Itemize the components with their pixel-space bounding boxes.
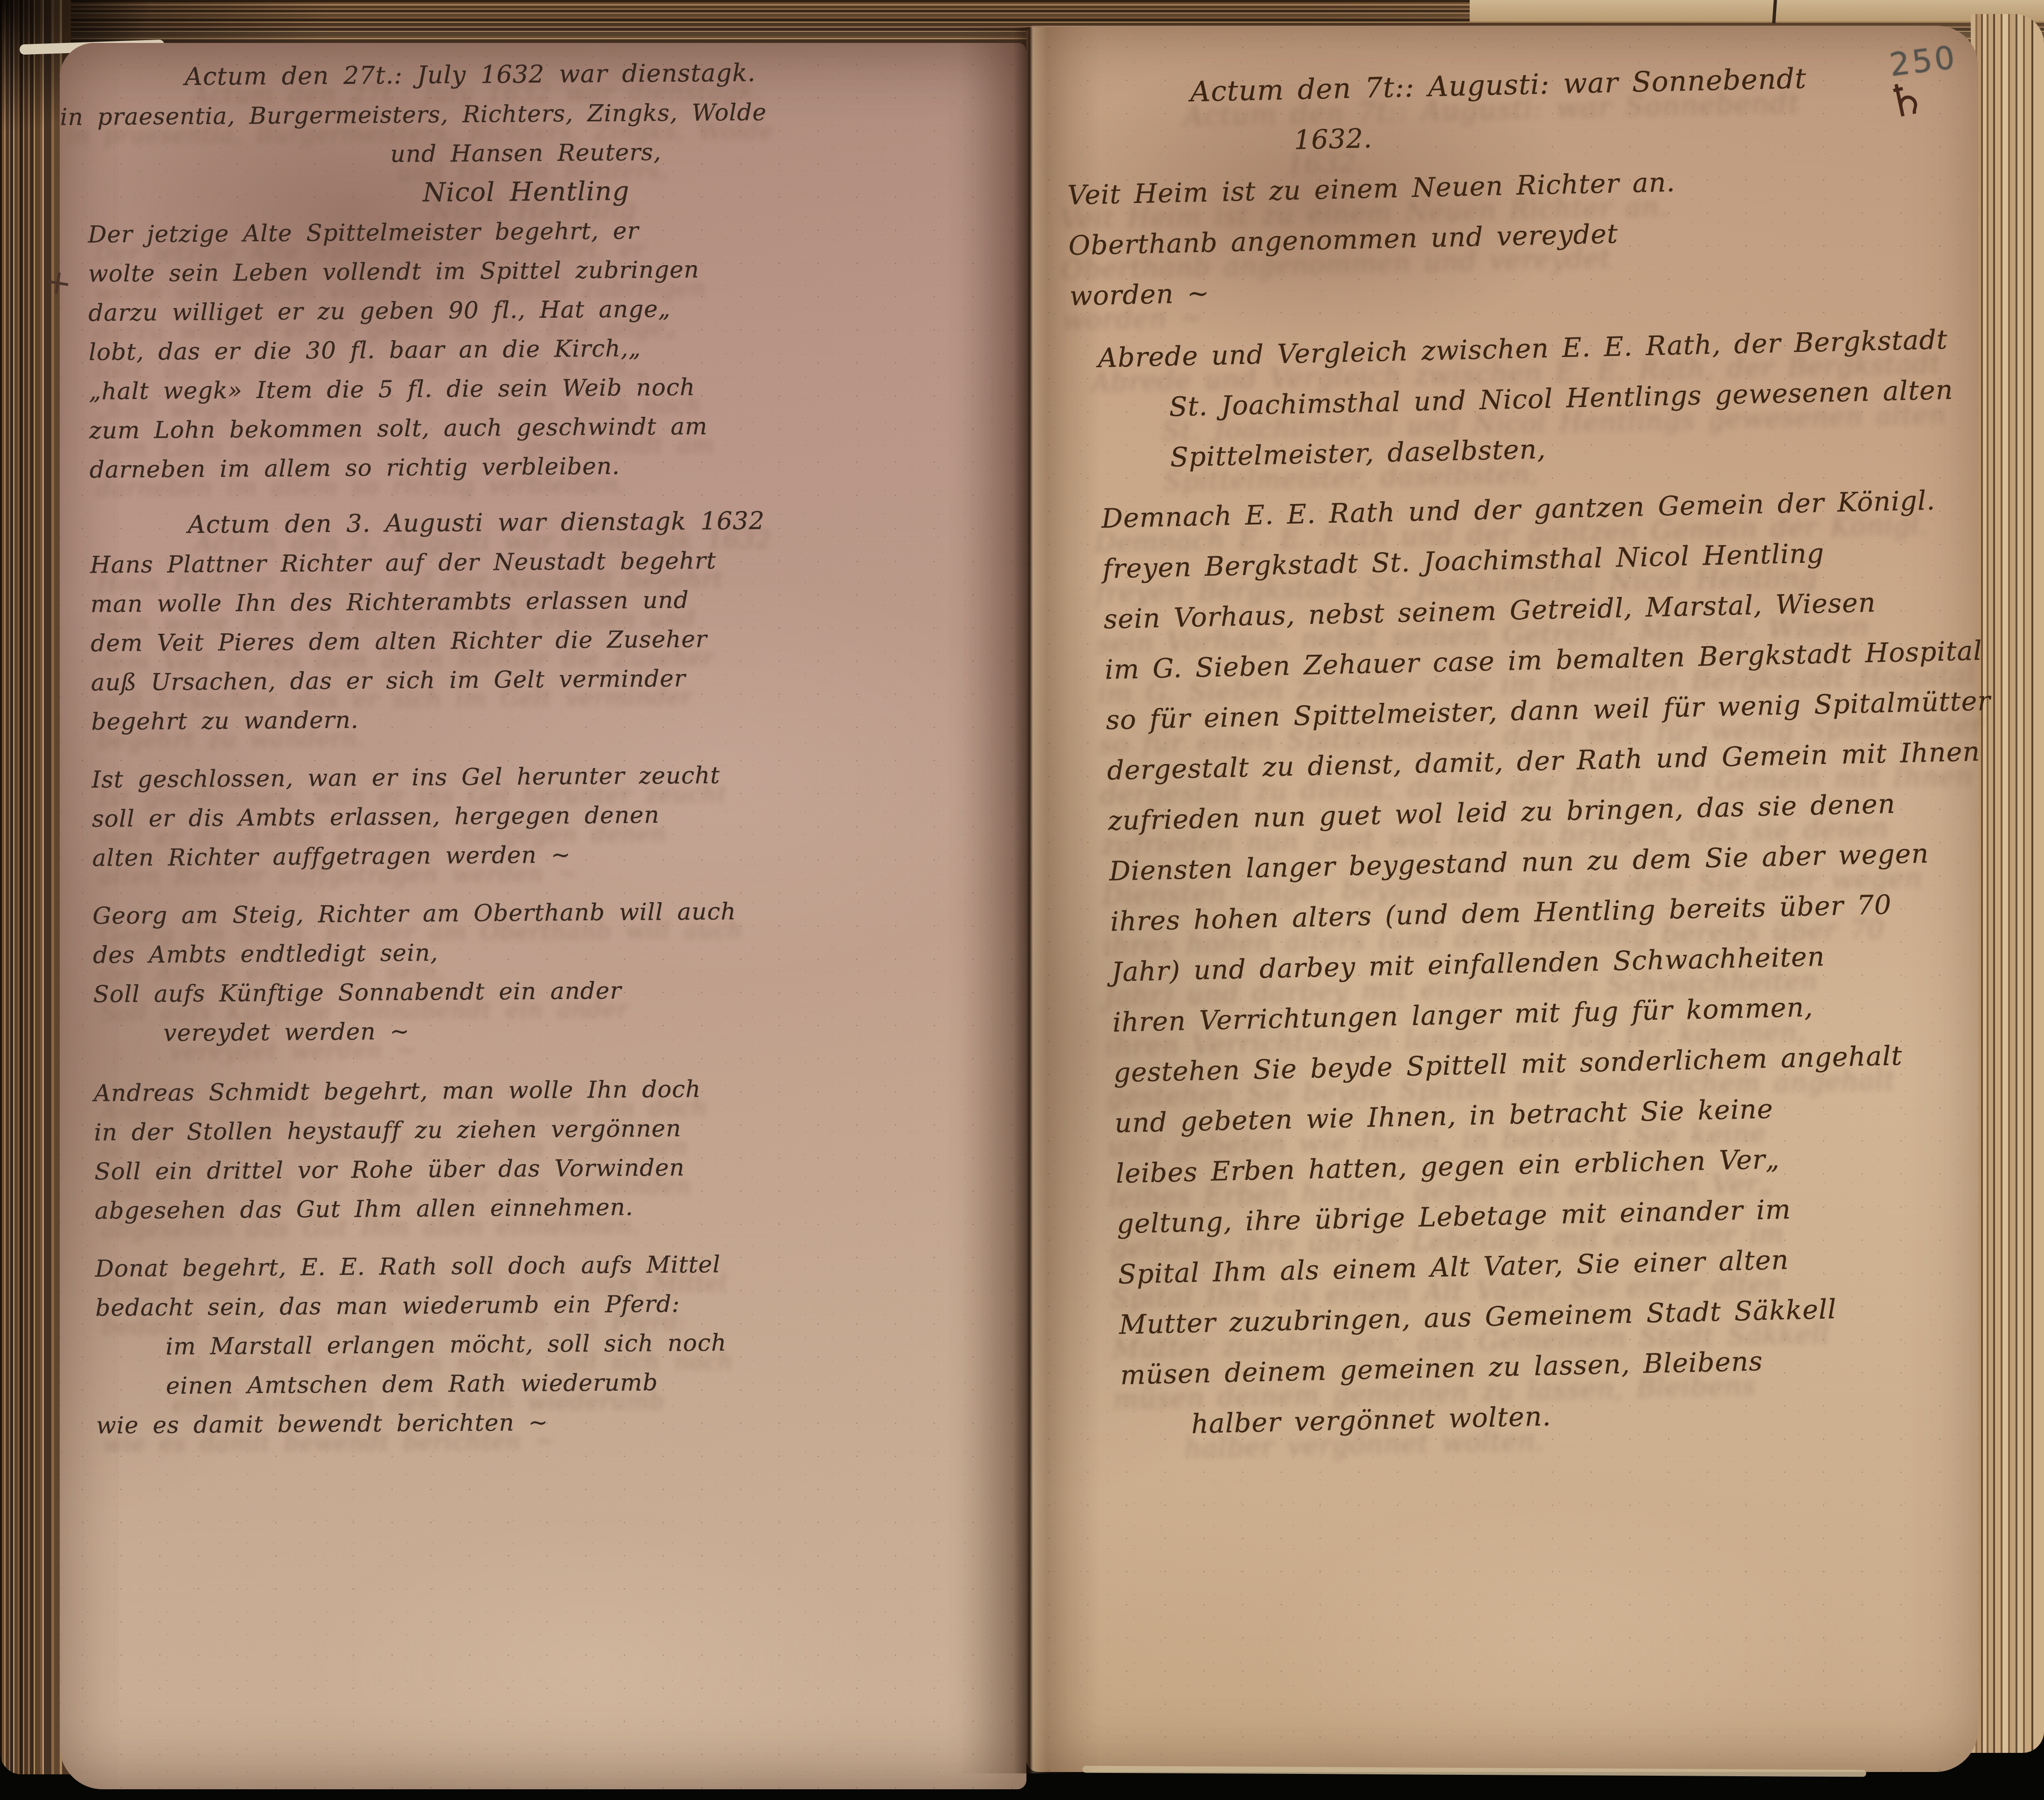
manuscript-line: Der jetzige Alte Spittelmeister begehrt,…: [88, 209, 965, 254]
manuscript-line: Actum den 3. Augusti war dienstagk 1632: [188, 500, 967, 545]
manuscript-line: Actum den 27t.: July 1632 war dienstagk.: [185, 52, 964, 97]
manuscript-line: wie es damit bewendt berichten ~: [96, 1400, 974, 1445]
manuscript-line: des Ambts endtledigt sein,: [93, 929, 970, 974]
manuscript-line: bedacht sein, das man wiederumb ein Pfer…: [95, 1282, 973, 1327]
manuscript-line: Donat begehrt, E. E. Rath soll doch aufs…: [95, 1243, 972, 1288]
manuscript-line: begehrt zu wandern.: [91, 696, 969, 741]
manuscript-line: auß Ursachen, das er sich im Gelt vermin…: [91, 657, 969, 702]
manuscript-line: einen Amtschen dem Rath wiederumb: [166, 1360, 973, 1405]
manuscript-line: Georg am Steig, Richter am Oberthanb wil…: [92, 890, 970, 935]
manuscript-line: in praesentia, Burgermeisters, Richters,…: [60, 91, 964, 137]
manuscript-line: lobt, das er die 30 fl. baar an die Kirc…: [89, 326, 966, 371]
manuscript-line: soll er dis Ambts erlassen, hergegen den…: [92, 793, 970, 838]
manuscript-line: und Hansen Reuters,: [87, 130, 965, 175]
manuscript-line: in der Stollen heystauff zu ziehen vergö…: [94, 1107, 971, 1152]
page-block-edge-right: [1971, 14, 2044, 1753]
manuscript-line: Soll aufs Künftige Sonnabendt ein ander: [93, 968, 970, 1014]
manuscript-line: vereydet werden ~: [163, 1008, 971, 1052]
left-page-text: Actum den 27t.: July 1632 war dienstagk.…: [87, 52, 974, 1445]
manuscript-line: Soll ein drittel vor Rohe über das Vorwi…: [94, 1146, 972, 1191]
cover-edge-top-right: [1470, 0, 2044, 21]
manuscript-line: Ist geschlossen, wan er ins Gel herunter…: [91, 754, 969, 799]
right-page-text: Actum den 7t:: Augusti: war Sonnebendt16…: [1092, 51, 1957, 1451]
manuscript-line: Nicol Hentling: [87, 169, 965, 215]
book-spread: Actum den 27t.: July 1632 war dienstagk.…: [0, 0, 2044, 1800]
manuscript-line: darneben im allem so richtig verbleiben.: [90, 444, 967, 489]
manuscript-line: abgesehen das Gut Ihm allen einnehmen.: [95, 1185, 972, 1230]
manuscript-line: alten Richter auffgetragen werden ~: [92, 832, 970, 877]
manuscript-line: Andreas Schmidt begehrt, man wolle Ihn d…: [94, 1067, 971, 1113]
manuscript-line: Hans Plattner Richter auf der Neustadt b…: [90, 539, 968, 584]
manuscript-line: dem Veit Pieres dem alten Richter die Zu…: [91, 617, 968, 663]
manuscript-line: „halt wegk» Item die 5 fl. die sein Weib…: [89, 365, 966, 411]
manuscript-line: wolte sein Leben vollendt im Spittel zub…: [88, 248, 966, 293]
manuscript-line: darzu williget er zu geben 90 fl., Hat a…: [88, 287, 966, 332]
manuscript-line: zum Lohn bekommen solt, auch geschwindt …: [89, 405, 967, 450]
manuscript-line: im Marstall erlangen möcht, soll sich no…: [166, 1321, 973, 1366]
manuscript-line: man wolle Ihn des Richterambts erlassen …: [91, 578, 968, 623]
